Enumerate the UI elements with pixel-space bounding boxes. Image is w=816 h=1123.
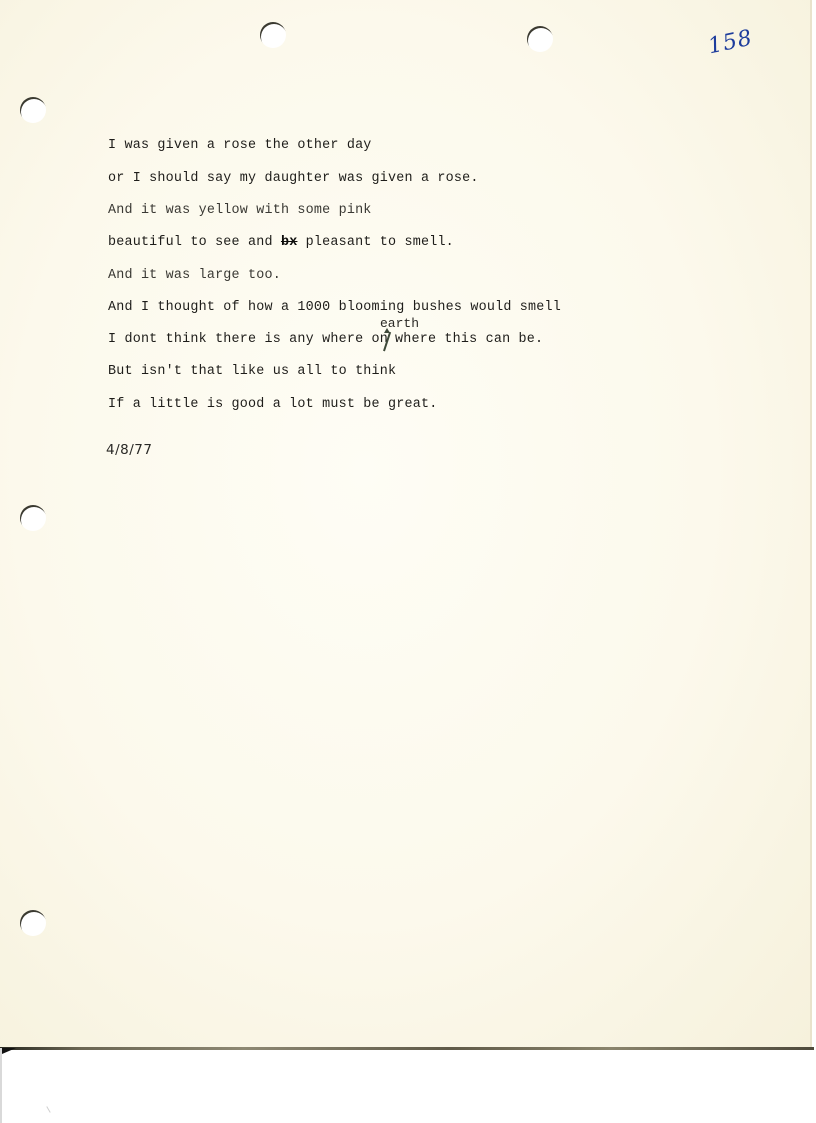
punch-hole-left-middle [20,505,46,531]
scan-artifact [46,1106,50,1113]
poem-line: But isn't that like us all to think [108,365,396,378]
paper-corner-shadow [2,1048,16,1054]
poem-line: beautiful to see and bx pleasant to smel… [108,236,454,249]
scanned-page: 158 I was given a rose the other day or … [0,0,816,1123]
poem-line: or I should say my daughter was given a … [108,172,479,185]
paper-sheet: 158 I was given a rose the other day or … [0,0,812,1048]
paper-bottom-edge [0,1047,814,1050]
poem-line: And I thought of how a 1000 blooming bus… [108,301,561,314]
poem-line: I dont think there is any where onwhere … [108,333,543,346]
poem-text: where this can be. [395,332,543,347]
poem-text: beautiful to see and [108,235,281,250]
punch-hole-top-left [260,22,286,48]
poem-text: pleasant to smell. [297,235,453,250]
punch-hole-left-upper [20,97,46,123]
poem-line: I was given a rose the other day [108,139,372,152]
handwritten-page-number: 158 [706,26,755,60]
insertion-arrowhead-icon [384,328,390,333]
scanner-border [0,1048,2,1123]
date: 4/8/77 [106,442,152,458]
poem-text: I dont think there is any where on [108,332,388,347]
punch-hole-left-lower [20,910,46,936]
poem-line: If a little is good a lot must be great. [108,398,437,411]
punch-hole-top-right [527,26,553,52]
poem-line: And it was yellow with some pink [108,204,372,217]
struck-out-text: bx [281,235,297,250]
poem-line: And it was large too. [108,269,281,282]
